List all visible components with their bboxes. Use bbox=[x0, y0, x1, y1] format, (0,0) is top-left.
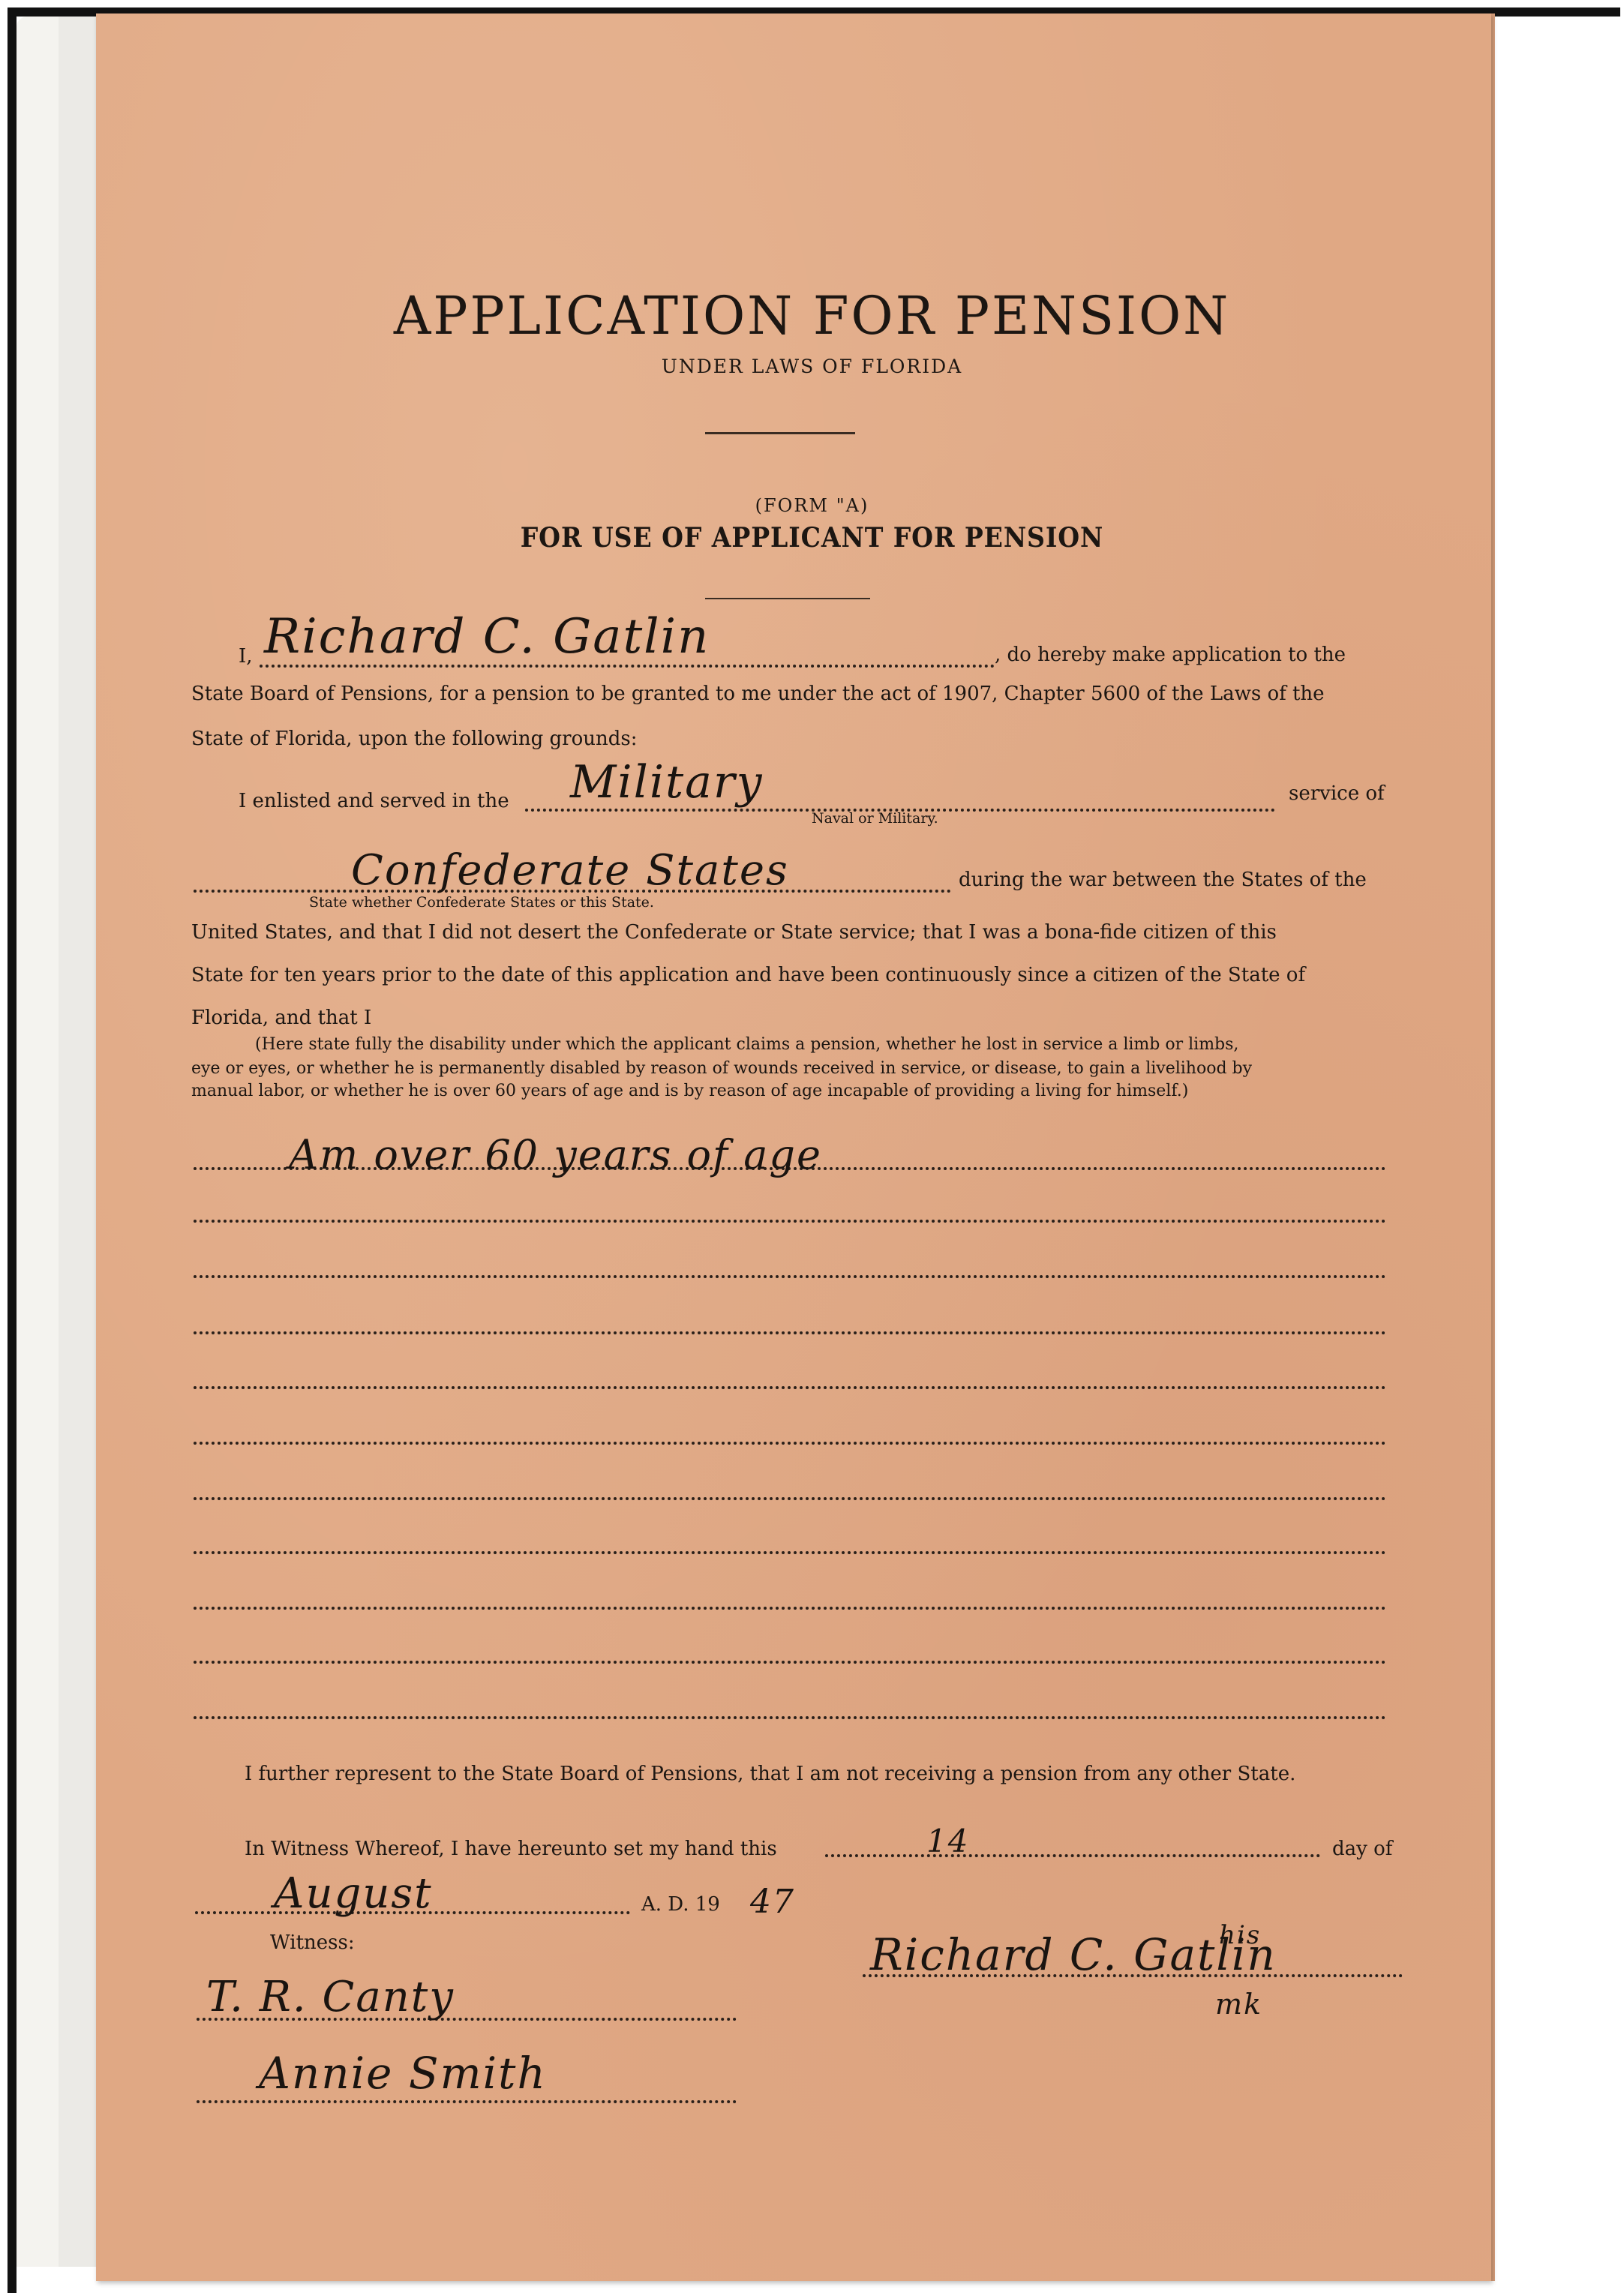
witness-label: Witness: bbox=[270, 1931, 355, 1954]
applicant-line-2: State Board of Pensions, for a pension t… bbox=[191, 683, 1325, 705]
document-subtitle: UNDER LAWS OF FLORIDA bbox=[0, 356, 1624, 377]
year-prefix: A. D. 19 bbox=[641, 1893, 720, 1916]
applicant-name-field[interactable] bbox=[260, 665, 995, 668]
service-type-hint: Naval or Military. bbox=[812, 810, 938, 827]
applicant-prefix: I, bbox=[239, 645, 253, 668]
day-handwritten: 14 bbox=[926, 1823, 969, 1859]
applicant-line-3: State of Florida, upon the following gro… bbox=[191, 728, 637, 750]
form-label: (FORM "A) bbox=[0, 495, 1624, 516]
disability-line-9[interactable] bbox=[194, 1607, 1386, 1610]
applicant-name-suffix: , do hereby make application to the bbox=[995, 644, 1346, 666]
instructions-line-3: manual labor, or whether he is over 60 y… bbox=[191, 1082, 1188, 1100]
disability-line-2[interactable] bbox=[194, 1220, 1386, 1223]
state-suffix: during the war between the States of the bbox=[959, 869, 1367, 891]
year-handwritten: 47 bbox=[750, 1883, 795, 1921]
disability-line-5[interactable] bbox=[194, 1386, 1386, 1389]
disability-handwritten: Am over 60 years of age bbox=[289, 1131, 822, 1178]
day-field[interactable] bbox=[825, 1854, 1320, 1857]
applicant-signature-mk: mk bbox=[1215, 1988, 1262, 2021]
service-suffix: service of bbox=[1289, 782, 1385, 805]
month-handwritten: August bbox=[274, 1869, 433, 1918]
applicant-signature-name: Richard C. Gatlin bbox=[870, 1929, 1277, 1980]
disability-line-3[interactable] bbox=[194, 1275, 1386, 1278]
disability-line-8[interactable] bbox=[194, 1551, 1386, 1554]
service-prefix: I enlisted and served in the bbox=[239, 790, 509, 812]
document-title: APPLICATION FOR PENSION bbox=[17, 285, 1608, 347]
header-divider bbox=[705, 432, 855, 434]
disability-line-7[interactable] bbox=[194, 1497, 1386, 1500]
declaration-line-2: State for ten years prior to the date of… bbox=[191, 964, 1305, 986]
state-handwritten: Confederate States bbox=[351, 846, 789, 895]
form-subtitle: FOR USE OF APPLICANT FOR PENSION bbox=[65, 522, 1559, 554]
witness-2-field[interactable] bbox=[197, 2100, 737, 2103]
declaration-line-1: United States, and that I did not desert… bbox=[191, 921, 1277, 944]
disability-line-10[interactable] bbox=[194, 1661, 1386, 1664]
scan-frame-left bbox=[8, 8, 17, 2293]
declaration-line-3: Florida, and that I bbox=[191, 1007, 371, 1029]
further-statement: I further represent to the State Board o… bbox=[245, 1763, 1295, 1785]
instructions-line-1: (Here state fully the disability under w… bbox=[255, 1035, 1238, 1054]
disability-line-11[interactable] bbox=[194, 1716, 1386, 1719]
instructions-line-2: eye or eyes, or whether he is permanentl… bbox=[191, 1059, 1252, 1078]
disability-line-6[interactable] bbox=[194, 1442, 1386, 1445]
disability-line-4[interactable] bbox=[194, 1331, 1386, 1334]
witness-clause-prefix: In Witness Whereof, I have hereunto set … bbox=[245, 1838, 777, 1860]
form-divider bbox=[705, 598, 870, 599]
witness-2-signature: Annie Smith bbox=[259, 2048, 547, 2099]
applicant-signature-his: his bbox=[1219, 1920, 1261, 1950]
applicant-name-handwritten: Richard C. Gatlin bbox=[264, 609, 710, 665]
witness-1-signature: T. R. Canty bbox=[206, 1973, 455, 2021]
sleeve-strip bbox=[59, 17, 96, 2267]
service-type-handwritten: Military bbox=[570, 756, 763, 809]
day-suffix: day of bbox=[1332, 1838, 1392, 1860]
state-hint: State whether Confederate States or this… bbox=[309, 894, 654, 911]
